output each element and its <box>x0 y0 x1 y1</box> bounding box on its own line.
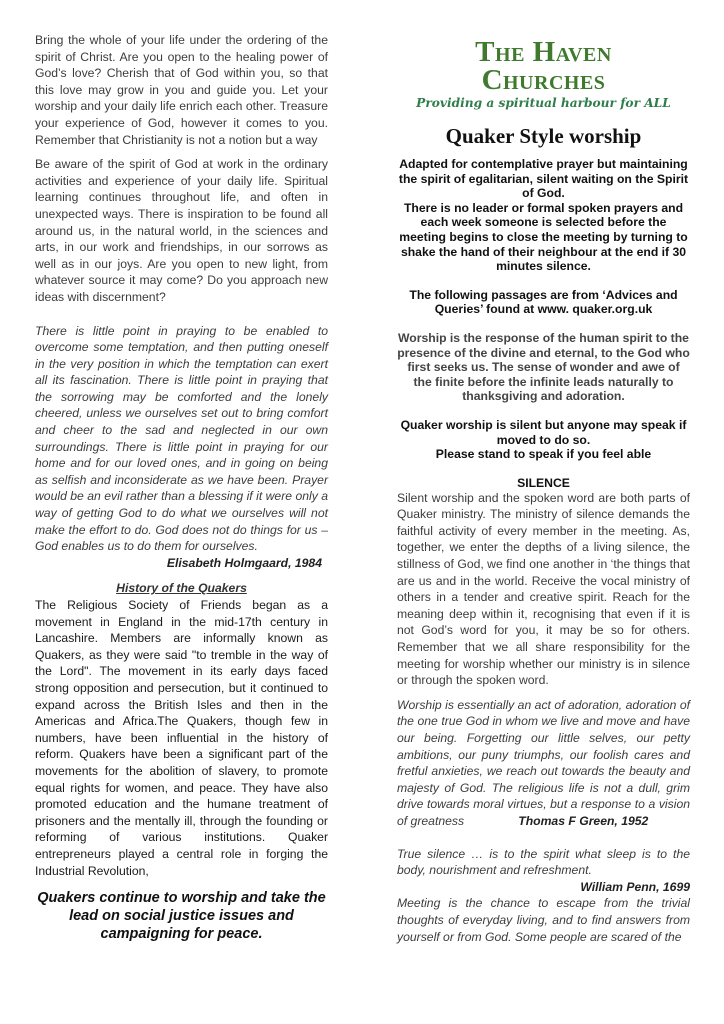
brand-title-line-2: Churches <box>397 66 690 94</box>
silence-heading: SILENCE <box>397 476 690 490</box>
right-column: The Haven Churches Providing a spiritual… <box>397 38 690 945</box>
brand-header: The Haven Churches Providing a spiritual… <box>397 38 690 110</box>
green-quote: Worship is essentially an act of adorati… <box>397 697 690 830</box>
source-note: The following passages are from ‘Advices… <box>397 288 690 317</box>
intro-paragraph-2: There is no leader or formal spoken pray… <box>397 201 690 274</box>
intro-paragraph-1: Adapted for contemplative prayer but mai… <box>397 157 690 201</box>
advice-paragraph-1: Bring the whole of your life under the o… <box>35 32 328 148</box>
speak-note-2: Please stand to speak if you feel able <box>397 447 690 462</box>
penn-attribution: William Penn, 1699 <box>397 879 690 896</box>
meeting-text: Meeting is the chance to escape from the… <box>397 895 690 945</box>
speak-note-1: Quaker worship is silent but anyone may … <box>397 418 690 447</box>
history-heading: History of the Quakers <box>35 580 328 597</box>
silence-text: Silent worship and the spoken word are b… <box>397 490 690 689</box>
left-column: Bring the whole of your life under the o… <box>35 32 328 943</box>
holmgaard-quote: There is little point in praying to be e… <box>35 323 328 555</box>
brand-title-line-1: The Haven <box>397 38 690 66</box>
closing-statement: Quakers continue to worship and take the… <box>35 889 328 943</box>
green-attribution: Thomas F Green, 1952 <box>518 814 648 828</box>
worship-quote: Worship is the response of the human spi… <box>397 331 690 404</box>
brand-tagline: Providing a spiritual harbour for ALL <box>397 96 690 110</box>
section-title: Quaker Style worship <box>397 124 690 149</box>
penn-quote: True silence … is to the spirit what sle… <box>397 846 690 879</box>
leaflet-page: Bring the whole of your life under the o… <box>0 0 724 1024</box>
holmgaard-attribution: Elisabeth Holmgaard, 1984 <box>35 555 328 572</box>
history-text: The Religious Society of Friends began a… <box>35 597 328 879</box>
advice-paragraph-2: Be aware of the spirit of God at work in… <box>35 156 328 305</box>
